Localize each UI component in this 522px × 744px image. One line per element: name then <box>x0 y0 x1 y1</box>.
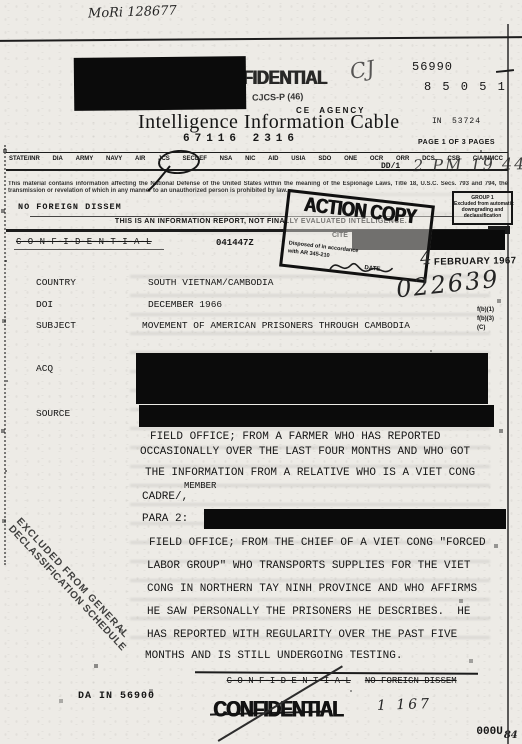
body-line: LABOR GROUP" WHO TRANSPORTS SUPPLIES FOR… <box>147 560 470 572</box>
handwritten-cj-mark: CJ <box>348 56 376 84</box>
routing-agency: DIA <box>53 156 63 162</box>
routing-rule-top <box>6 152 508 153</box>
redaction-block-letterhead <box>74 56 247 111</box>
foia-code: (C) <box>477 324 494 333</box>
left-margin-marks <box>4 145 6 565</box>
classification-line-top: C-O-N-F-I-D-E-N-T-I-A-L <box>16 237 152 247</box>
body-line: CONG IN NORTHERN TAY NINH PROVINCE AND W… <box>147 583 477 595</box>
body-line: OCCASIONALLY OVER THE LAST FOUR MONTHS A… <box>140 446 470 458</box>
para2-label: PARA 2: <box>142 513 188 525</box>
action-copy-stamp: ACTION COPY Disposed of in accordance wi… <box>279 189 435 283</box>
right-border-rule <box>507 24 509 744</box>
routing-agency: STATE/INR <box>9 156 40 162</box>
body-line: HAS REPORTED WITH REGULARITY OVER THE PA… <box>147 629 457 641</box>
scan-speckles <box>0 0 2 2</box>
top-border-rule <box>0 36 522 42</box>
da-in-number: DA IN 56900 <box>78 691 155 702</box>
cjcs-annotation: CJCS-P (46) <box>252 91 304 102</box>
routing-agency: SDO <box>318 156 331 162</box>
page-code-subscript: 84 <box>504 730 518 741</box>
handwritten-1167: 1 167 <box>377 696 433 714</box>
body-line: FIELD OFFICE; FROM A FARMER WHO HAS REPO… <box>150 431 440 443</box>
cable-serial-number: 67116 2316 <box>183 133 299 145</box>
body-line: HE SAW PERSONALLY THE PRISONERS HE DESCR… <box>147 606 470 618</box>
routing-agency: NSA <box>220 156 233 162</box>
redaction-source <box>139 405 494 427</box>
excluded-declassification-stamp: EXCLUDED FROM GENERAL DECLASSIFICATION S… <box>6 516 136 653</box>
document-number-56990: 56990 <box>412 60 453 74</box>
document-number-85051: 8 5 0 5 1 <box>424 80 507 94</box>
dd1-annotation: DD/1 <box>381 162 400 171</box>
in-label: IN <box>432 117 442 126</box>
margin-dash-mark <box>496 69 514 73</box>
routing-agency: ONE <box>344 156 357 162</box>
page-code: 000U84 <box>450 714 517 744</box>
scanned-cable-document: MoRi 128677 CONFIDENTIAL CJCS-P (46) CE … <box>0 0 522 744</box>
routing-agency: NAVY <box>106 156 122 162</box>
foia-code: f(b)(1) <box>477 306 494 315</box>
source-label: SOURCE <box>36 408 70 419</box>
page-count: PAGE 1 OF 3 PAGES <box>418 139 495 146</box>
date-time-group: 041447Z <box>216 238 254 248</box>
doi-value: DECEMBER 1966 <box>148 299 222 310</box>
confidential-bottom-stamp: CONFIDENTIAL <box>213 698 342 723</box>
handwritten-day: 4 <box>419 247 433 269</box>
mori-number-handwritten: MoRi 128677 <box>88 3 177 21</box>
routing-agency: AID <box>268 156 278 162</box>
routing-agency: NIC <box>245 156 255 162</box>
body-line: CADRE/, <box>142 491 188 503</box>
routing-agency: ARMY <box>76 156 94 162</box>
routing-agency: USIA <box>291 156 305 162</box>
subject-value: MOVEMENT OF AMERICAN PRISONERS THROUGH C… <box>142 320 410 331</box>
inserted-word: MEMBER <box>184 481 216 491</box>
body-line: MONTHS AND IS STILL UNDERGOING TESTING. <box>145 650 402 662</box>
no-foreign-dissem-top: NO FOREIGN DISSEM <box>18 202 122 212</box>
in-number: 53724 <box>452 117 481 126</box>
footer-no-foreign-dissem: NO FOREIGN DISSEM <box>365 676 457 686</box>
body-line: THE INFORMATION FROM A RELATIVE WHO IS A… <box>145 467 475 479</box>
received-date-stamp: FEBRUARY 1967 <box>434 255 517 267</box>
group1-stamp-box: GROUP 1 Excluded from automatic downgrad… <box>452 191 513 225</box>
legal-notice: This material contains information affec… <box>8 181 508 194</box>
routing-agency: AIR <box>135 156 145 162</box>
jcs-circle-tail <box>146 164 172 194</box>
country-value: SOUTH VIETNAM/CAMBODIA <box>148 277 273 288</box>
redaction-para2 <box>204 509 506 529</box>
handwritten-time-stamp: 2 PM 19 444 <box>413 154 522 175</box>
agency-name-fragment: CE AGENCY <box>296 106 366 115</box>
country-label: COUNTRY <box>36 277 76 288</box>
declass-stamp-line: DECLASSIFICATION SCHEDULE <box>6 524 128 654</box>
footer-classification: C-O-N-F-I-D-E-N-T-I-A-L <box>227 676 351 686</box>
doi-label: DOI <box>36 299 53 310</box>
redaction-acq <box>136 353 488 404</box>
subject-label: SUBJECT <box>36 320 76 331</box>
body-line: FIELD OFFICE; FROM THE CHIEF OF A VIET C… <box>149 537 486 549</box>
group1-line: declassification <box>454 213 511 219</box>
foia-exemption-codes: f(b)(1) f(b)(3) (C) <box>477 306 494 333</box>
classification-underline <box>14 249 164 250</box>
acq-label: ACQ <box>36 363 53 374</box>
foia-code: f(b)(3) <box>477 315 494 324</box>
declass-stamp-line: EXCLUDED FROM GENERAL <box>14 516 136 646</box>
page-code-main: 000U <box>476 726 502 738</box>
